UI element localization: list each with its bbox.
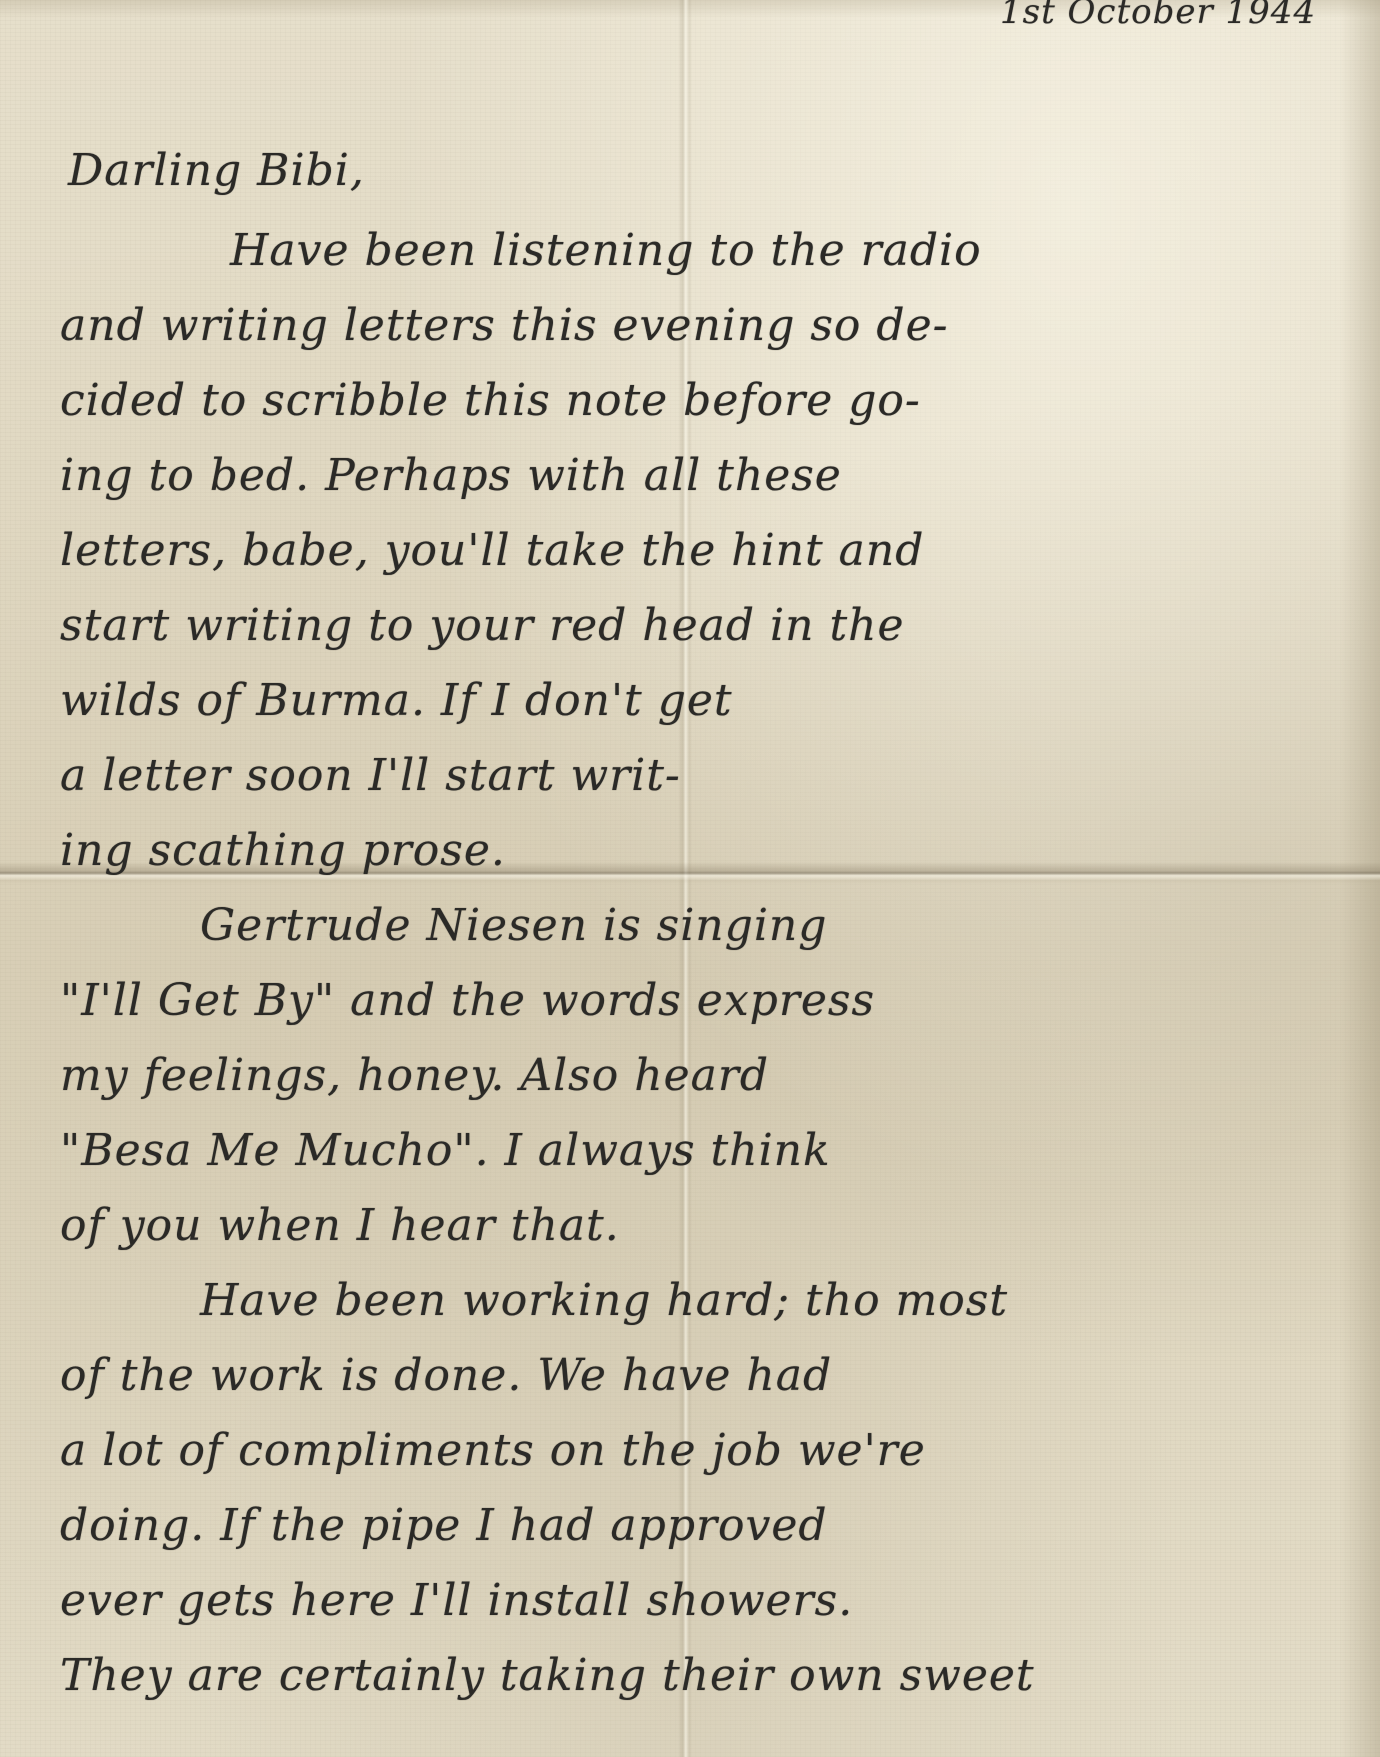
letter-line: "Besa Me Mucho". I always think — [60, 1125, 831, 1176]
letter-line: ing to bed. Perhaps with all these — [60, 450, 842, 501]
letter-line: doing. If the pipe I had approved — [60, 1500, 828, 1551]
letter-line: Gertrude Niesen is singing — [60, 900, 827, 951]
letter-line: Have been listening to the radio — [60, 225, 982, 276]
letter-line: They are certainly taking their own swee… — [60, 1650, 1035, 1701]
letter-line: cided to scribble this note before go- — [60, 375, 921, 426]
letter-date: 1st October 1944 — [1000, 0, 1316, 32]
letter-line: letters, babe, you'll take the hint and — [60, 525, 924, 576]
letter-line: "I'll Get By" and the words express — [60, 975, 875, 1026]
letter-line: Have been working hard; tho most — [60, 1275, 1008, 1326]
letter-line: ever gets here I'll install showers. — [60, 1575, 853, 1626]
letter-line: start writing to your red head in the — [60, 600, 905, 651]
letter-line: ing scathing prose. — [60, 825, 506, 876]
letter-line: of you when I hear that. — [60, 1200, 620, 1251]
letter-line: of the work is done. We have had — [60, 1350, 832, 1401]
letter-line: my feelings, honey. Also heard — [60, 1050, 769, 1101]
letter-line: a lot of compliments on the job we're — [60, 1425, 926, 1476]
letter-line: and writing letters this evening so de- — [60, 300, 948, 351]
letter-line: wilds of Burma. If I don't get — [60, 675, 733, 726]
letter-line: a letter soon I'll start writ- — [60, 750, 681, 801]
letter-page: 1st October 1944 Darling Bibi, Have been… — [0, 0, 1380, 1757]
letter-salutation: Darling Bibi, — [68, 145, 365, 196]
